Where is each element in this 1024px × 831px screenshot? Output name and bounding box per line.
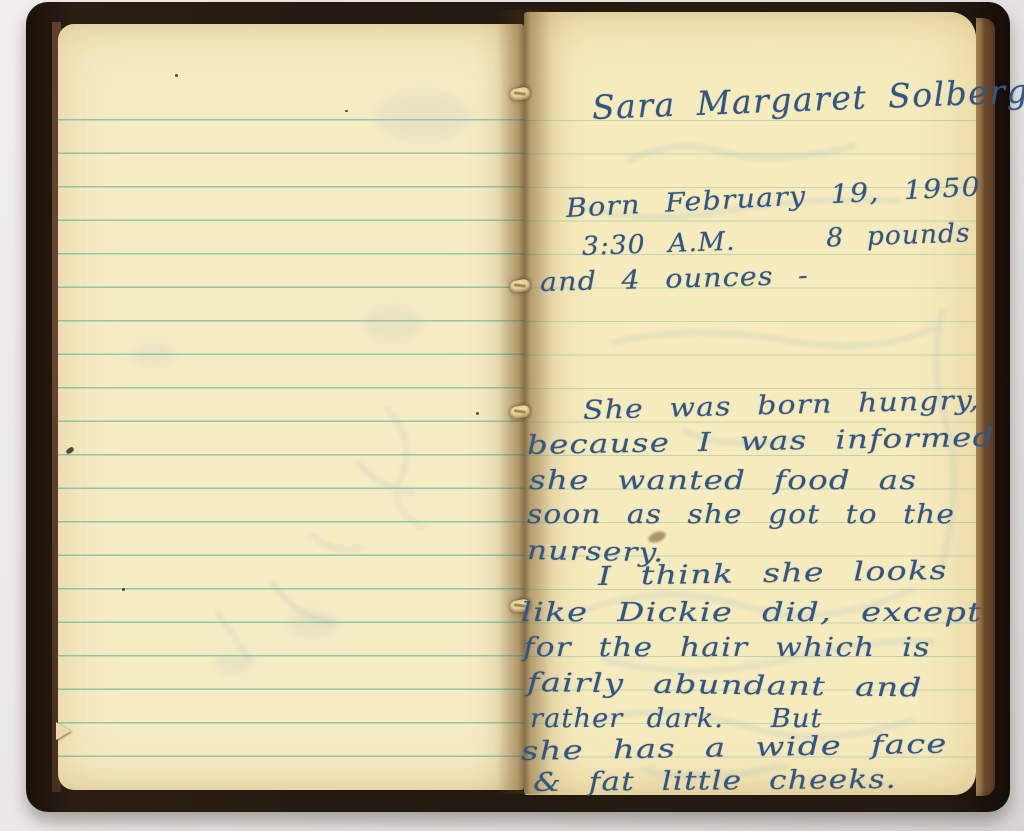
- ink-smudges: [58, 24, 524, 790]
- handwriting-line: fairly abundant and: [527, 668, 923, 704]
- handwriting-line: she wanted food as: [529, 466, 917, 496]
- ink-speck: [175, 74, 178, 77]
- diary-scan: Sara Margaret Solberg Born February 19, …: [0, 0, 1024, 831]
- left-page: [58, 24, 524, 790]
- ruled-lines: [58, 119, 524, 787]
- handwriting-line: rather dark. But: [530, 704, 823, 734]
- handwriting-line: like Dickie did, except: [521, 598, 982, 628]
- handwriting-line: I think she looks: [598, 556, 948, 592]
- handwriting-line: & fat little cheeks.: [533, 765, 897, 798]
- ink-speck: [476, 412, 479, 415]
- ink-speck: [345, 110, 348, 112]
- handwriting-line: for the hair which is: [523, 633, 931, 663]
- ink-speck: [122, 588, 125, 591]
- dog-ear-tear: [56, 722, 71, 740]
- handwriting-line: soon as she got to the: [527, 500, 955, 530]
